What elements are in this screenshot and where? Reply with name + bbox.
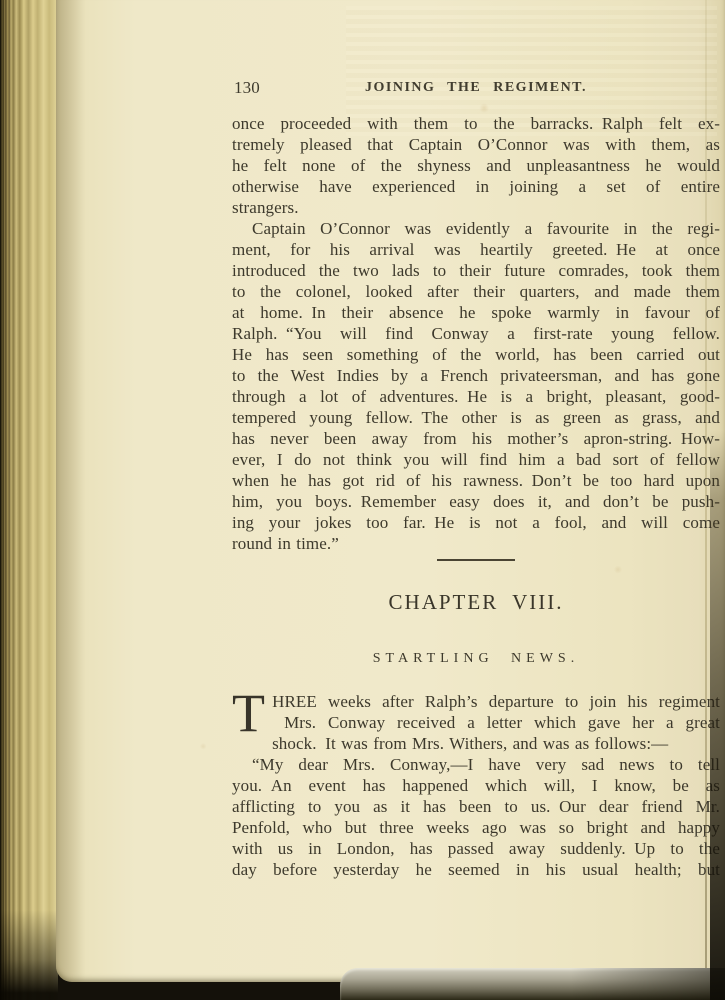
text-line: Penfold, who but three weeks ago was so … <box>232 817 720 838</box>
text-line: you. An event has happened which will, I… <box>232 775 720 796</box>
text-line: He has seen something of the world, has … <box>232 344 720 365</box>
paragraph-2: Captain O’Connor was evidently a favouri… <box>232 218 720 554</box>
paragraph-4: “My dear Mrs. Conway,—I have very sad ne… <box>232 754 720 880</box>
text-line: ever, I do not think you will find him a… <box>232 449 720 470</box>
text-line: at home. In their absence he spoke warml… <box>232 302 720 323</box>
text-column: 130 JOINING THE REGIMENT. once proceeded… <box>232 78 720 880</box>
text-line: Ralph. “You will find Conway a first-rat… <box>232 323 720 344</box>
text-line: him, you boys. Remember easy does it, an… <box>232 491 720 512</box>
text-line: strangers. <box>232 197 720 218</box>
section-divider-rule <box>437 559 515 561</box>
text-line: Mrs. Conway received a letter which gave… <box>232 712 720 733</box>
text-line: tremely pleased that Captain O’Connor wa… <box>232 134 720 155</box>
book-page-edges <box>0 0 58 1000</box>
text-line: with us in London, has passed away sudde… <box>232 838 720 859</box>
right-edge-shadow <box>710 430 725 1000</box>
text-line: once proceeded with them to the barracks… <box>232 113 720 134</box>
chapter-title: CHAPTER VIII. <box>232 589 720 615</box>
text-line: otherwise have experienced in joining a … <box>232 176 720 197</box>
text-line: afflicting to you as it has been to us. … <box>232 796 720 817</box>
text-line: tempered young fellow. The other is as g… <box>232 407 720 428</box>
text-line: to the colonel, looked after their quart… <box>232 281 720 302</box>
text-line: round in time.” <box>232 533 720 554</box>
text-line: ment, for his arrival was heartily greet… <box>232 239 720 260</box>
chapter-subtitle: STARTLING NEWS. <box>232 651 720 667</box>
page-curl-shadow <box>340 968 725 1000</box>
text-line: Captain O’Connor was evidently a favouri… <box>232 218 720 239</box>
paragraph-3: T HREE weeks after Ralph’s departure to … <box>232 691 720 754</box>
page-surface: 130 JOINING THE REGIMENT. once proceeded… <box>56 0 725 982</box>
text-line: introduced the two lads to their future … <box>232 260 720 281</box>
paragraph-1: once proceeded with them to the barracks… <box>232 113 720 218</box>
text-line: HREE weeks after Ralph’s departure to jo… <box>232 691 720 712</box>
text-line: shock. It was from Mrs. Withers, and was… <box>232 733 720 754</box>
text-line: has never been away from his mother’s ap… <box>232 428 720 449</box>
text-line: day before yesterday he seemed in his us… <box>232 859 720 880</box>
text-line: to the West Indies by a French privateer… <box>232 365 720 386</box>
page-number: 130 <box>234 78 260 98</box>
text-line: he felt none of the shyness and unpleasa… <box>232 155 720 176</box>
running-header: JOINING THE REGIMENT. <box>232 78 720 98</box>
text-line: through a lot of adventures. He is a bri… <box>232 386 720 407</box>
text-line: ing your jokes too far. He is not a fool… <box>232 512 720 533</box>
page-header: 130 JOINING THE REGIMENT. <box>232 78 720 98</box>
book-scan: 130 JOINING THE REGIMENT. once proceeded… <box>0 0 725 1000</box>
text-line: when he has got rid of his rawness. Don’… <box>232 470 720 491</box>
text-line: “My dear Mrs. Conway,—I have very sad ne… <box>232 754 720 775</box>
drop-cap: T <box>232 692 265 734</box>
